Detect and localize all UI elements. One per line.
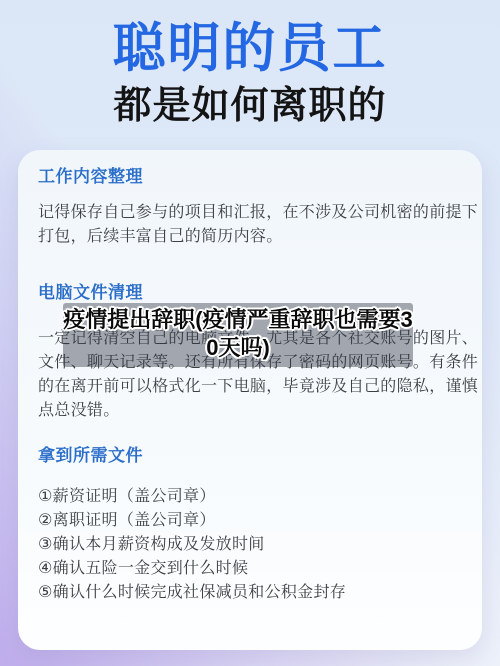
list-item: ①薪资证明（盖公司章） xyxy=(38,485,462,509)
section-required-documents: 拿到所需文件 ①薪资证明（盖公司章） ②离职证明（盖公司章） ③确认本月薪资构成… xyxy=(38,446,462,605)
section-heading-work-content: 工作内容整理 xyxy=(38,167,462,187)
section-body: ①薪资证明（盖公司章） ②离职证明（盖公司章） ③确认本月薪资构成及发放时间 ④… xyxy=(38,485,462,605)
body-line: 点总没错。 xyxy=(38,399,462,423)
body-line: 打包，后续丰富自己的简历内容。 xyxy=(38,225,462,249)
content-card: 工作内容整理 记得保存自己参与的项目和汇报，在不涉及公司机密的前提下 打包，后续… xyxy=(18,150,482,650)
poster: 聪明的员工 都是如何离职的 工作内容整理 记得保存自己参与的项目和汇报，在不涉及… xyxy=(0,0,500,666)
body-line: 记得保存自己参与的项目和汇报，在不涉及公司机密的前提下 xyxy=(38,201,462,225)
overlay-title-line: 疫情提出辞职(疫情严重辞职也需要3 xyxy=(63,306,413,334)
list-item: ②离职证明（盖公司章） xyxy=(38,509,462,533)
poster-title: 聪明的员工 xyxy=(0,20,500,78)
section-heading-required-documents: 拿到所需文件 xyxy=(38,446,462,466)
section-work-content: 工作内容整理 记得保存自己参与的项目和汇报，在不涉及公司机密的前提下 打包，后续… xyxy=(38,167,462,249)
section-body: 记得保存自己参与的项目和汇报，在不涉及公司机密的前提下 打包，后续丰富自己的简历… xyxy=(38,201,462,249)
list-item: ③确认本月薪资构成及发放时间 xyxy=(38,533,462,557)
body-line: 的在离开前可以格式化一下电脑，毕竟涉及自己的隐私，谨慎 xyxy=(38,375,462,399)
list-item: ⑤确认什么时候完成社保减员和公积金封存 xyxy=(38,581,462,605)
list-item: ④确认五险一金交到什么时候 xyxy=(38,557,462,581)
section-heading-computer-files: 电脑文件清理 xyxy=(38,283,462,303)
poster-subtitle: 都是如何离职的 xyxy=(0,85,500,127)
overlay-title-band: 疫情提出辞职(疫情严重辞职也需要3 0天吗) xyxy=(63,303,413,367)
overlay-title-line: 0天吗) xyxy=(63,334,413,362)
